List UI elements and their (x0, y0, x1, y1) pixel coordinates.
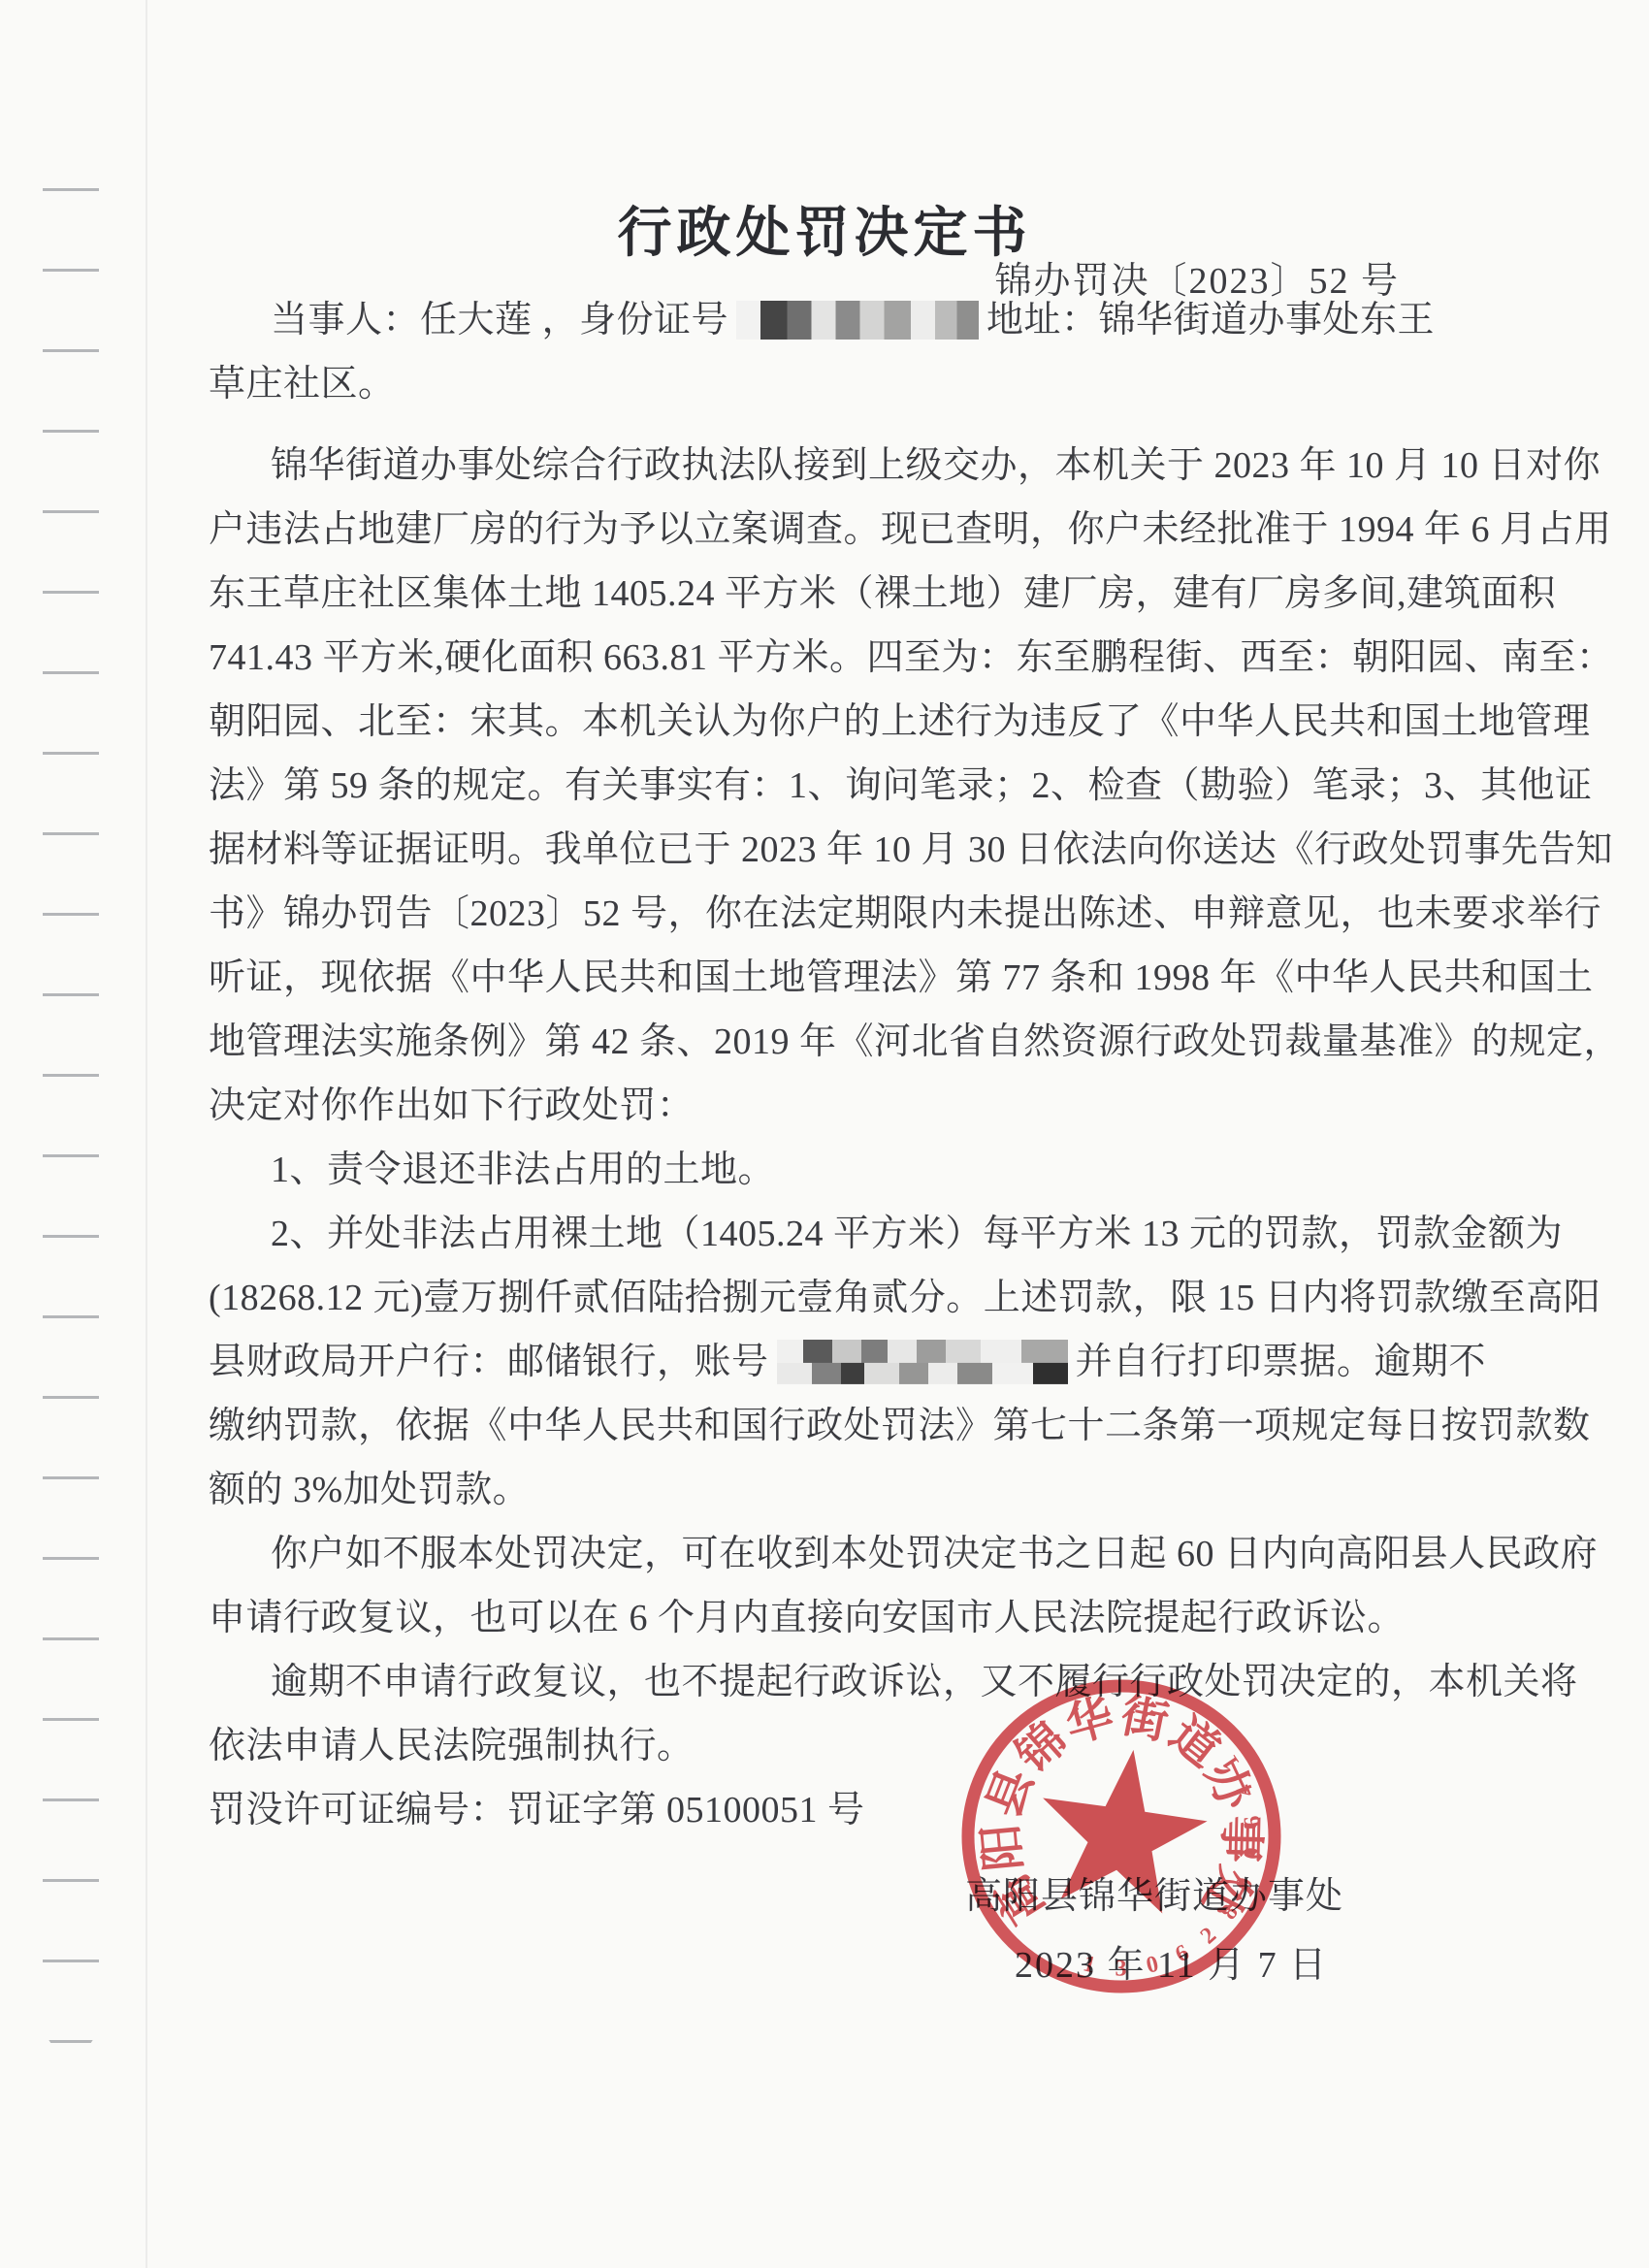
body-text: (18268.12 元)壹万捌仟贰佰陆拾捌元壹角贰分。上述罚款，限 15 日内将… (209, 1278, 1600, 1318)
body-line: 你户如不服本处罚决定，可在收到本处罚决定书之日起 60 日内向高阳县人民政府 (209, 1522, 1442, 1586)
body-line: 锦华街道办事处综合行政执法队接到上级交办，本机关于 2023 年 10 月 10… (209, 434, 1442, 498)
body-text: 当事人：任大莲 ，身份证号 (271, 300, 728, 340)
body-line: 申请行政复议，也可以在 6 个月内直接向安国市人民法院提起行政诉讼。 (209, 1586, 1442, 1650)
scanned-document-page: 行政处罚决定书 锦办罚决〔2023〕52 号 当事人：任大莲 ，身份证号地址：锦… (0, 0, 1649, 2268)
body-text: 申请行政复议，也可以在 6 个月内直接向安国市人民法院提起行政诉讼。 (209, 1598, 1405, 1638)
body-line: 县财政局开户行：邮储银行，账号并自行打印票据。逾期不 (209, 1330, 1442, 1394)
document-title: 行政处罚决定书 (0, 190, 1649, 268)
body-line: 户违法占地建厂房的行为予以立案调查。现已查明，你户未经批准于 1994 年 6 … (209, 498, 1442, 562)
body-line: 东王草庄社区集体土地 1405.24 平方米（裸土地）建厂房，建有厂房多间,建筑… (209, 562, 1442, 626)
body-text: 逾期不申请行政复议，也不提起行政诉讼，又不履行行政处罚决定的，本机关将 (271, 1662, 1578, 1702)
body-line: 法》第 59 条的规定。有关事实有：1、询问笔录；2、检查（勘验）笔录；3、其他… (209, 754, 1442, 818)
body-text: 并自行打印票据。逾期不 (1076, 1342, 1487, 1382)
body-text: 罚没许可证编号：罚证字第 05100051 号 (209, 1790, 865, 1831)
body-text: 锦华街道办事处综合行政执法队接到上级交办，本机关于 2023 年 10 月 10… (271, 445, 1600, 486)
page-crease (145, 0, 147, 2268)
body-text: 地管理法实施条例》第 42 条、2019 年《河北省自然资源行政处罚裁量基准》的… (209, 1021, 1621, 1062)
body-text: 地址：锦华街道办事处东王 (986, 300, 1435, 340)
seal-star (1043, 1750, 1208, 1914)
body-text: 你户如不服本处罚决定，可在收到本处罚决定书之日起 60 日内向高阳县人民政府 (271, 1534, 1598, 1574)
body-text: 朝阳园、北至：宋其。本机关认为你户的上述行为违反了《中华人民共和国土地管理 (209, 701, 1591, 742)
binding-marks (43, 114, 99, 2055)
body-text: 东王草庄社区集体土地 1405.24 平方米（裸土地）建厂房，建有厂房多间,建筑… (209, 573, 1556, 614)
seal-char: 街 (1116, 1690, 1172, 1749)
body-text: 1、责令退还非法占用的土地。 (271, 1150, 775, 1190)
seal-char: 0 (1144, 1952, 1161, 1979)
body-line: (18268.12 元)壹万捌仟贰佰陆拾捌元壹角贰分。上述罚款，限 15 日内将… (209, 1266, 1442, 1330)
seal-char: 3 (1115, 1956, 1126, 1981)
body-line: 缴纳罚款，依据《中华人民共和国行政处罚法》第七十二条第一项规定每日按罚款数 (209, 1394, 1442, 1458)
body-text: 书》锦办罚告〔2023〕52 号，你在法定期限内未提出陈述、申辩意见，也未要求举… (209, 893, 1601, 934)
redaction-block (736, 301, 979, 340)
body-line: 据材料等证据证明。我单位已于 2023 年 10 月 30 日依法向你送达《行政… (209, 818, 1442, 882)
seal-char: 华 (1060, 1691, 1118, 1753)
body-text: 户违法占地建厂房的行为予以立案调查。现已查明，你户未经批准于 1994 年 6 … (209, 509, 1612, 550)
body-text: 依法申请人民法院强制执行。 (209, 1726, 695, 1766)
body-line: 2、并处非法占用裸土地（1405.24 平方米）每平方米 13 元的罚款，罚款金… (209, 1202, 1442, 1266)
body-text: 缴纳罚款，依据《中华人民共和国行政处罚法》第七十二条第一项规定每日按罚款数 (209, 1406, 1591, 1446)
body-text: 决定对你作出如下行政处罚： (209, 1085, 695, 1126)
body-line: 额的 3%加处罚款。 (209, 1458, 1442, 1522)
official-seal: 高阳县锦华街道办事处 13062800641 (960, 1676, 1282, 1996)
redaction-block (777, 1340, 1068, 1384)
body-text: 县财政局开户行：邮储银行，账号 (209, 1342, 769, 1382)
body-text: 额的 3%加处罚款。 (209, 1470, 530, 1510)
seal-char: 6 (1172, 1940, 1194, 1968)
body-line: 决定对你作出如下行政处罚： (209, 1074, 1442, 1138)
body-line: 听证，现依据《中华人民共和国土地管理法》第 77 条和 1998 年《中华人民共… (209, 946, 1442, 1010)
body-text: 法》第 59 条的规定。有关事实有：1、询问笔录；2、检查（勘验）笔录；3、其他… (209, 765, 1593, 806)
body-text: 听证，现依据《中华人民共和国土地管理法》第 77 条和 1998 年《中华人民共… (209, 957, 1594, 998)
body-text: 据材料等证据证明。我单位已于 2023 年 10 月 30 日依法向你送达《行政… (209, 829, 1613, 870)
seal-char: 1 (1081, 1951, 1098, 1978)
body-line: 草庄社区。 (209, 352, 1442, 416)
document-body: 当事人：任大莲 ，身份证号地址：锦华街道办事处东王草庄社区。锦华街道办事处综合行… (209, 288, 1442, 1842)
seal-char: 阳 (975, 1822, 1030, 1873)
body-line: 1、责令退还非法占用的土地。 (209, 1138, 1442, 1202)
body-text: 草庄社区。 (209, 364, 396, 405)
seal-char: 2 (1196, 1923, 1221, 1949)
body-text: 2、并处非法占用裸土地（1405.24 平方米）每平方米 13 元的罚款，罚款金… (271, 1214, 1563, 1254)
body-line: 书》锦办罚告〔2023〕52 号，你在法定期限内未提出陈述、申辩意见，也未要求举… (209, 882, 1442, 946)
body-line: 741.43 平方米,硬化面积 663.81 平方米。四至为：东至鹏程街、西至：… (209, 626, 1442, 690)
body-line: 地管理法实施条例》第 42 条、2019 年《河北省自然资源行政处罚裁量基准》的… (209, 1010, 1442, 1074)
body-line: 当事人：任大莲 ，身份证号地址：锦华街道办事处东王 (209, 288, 1442, 352)
body-text: 741.43 平方米,硬化面积 663.81 平方米。四至为：东至鹏程街、西至：… (209, 637, 1614, 678)
body-line: 朝阳园、北至：宋其。本机关认为你户的上述行为违反了《中华人民共和国土地管理 (209, 690, 1442, 754)
